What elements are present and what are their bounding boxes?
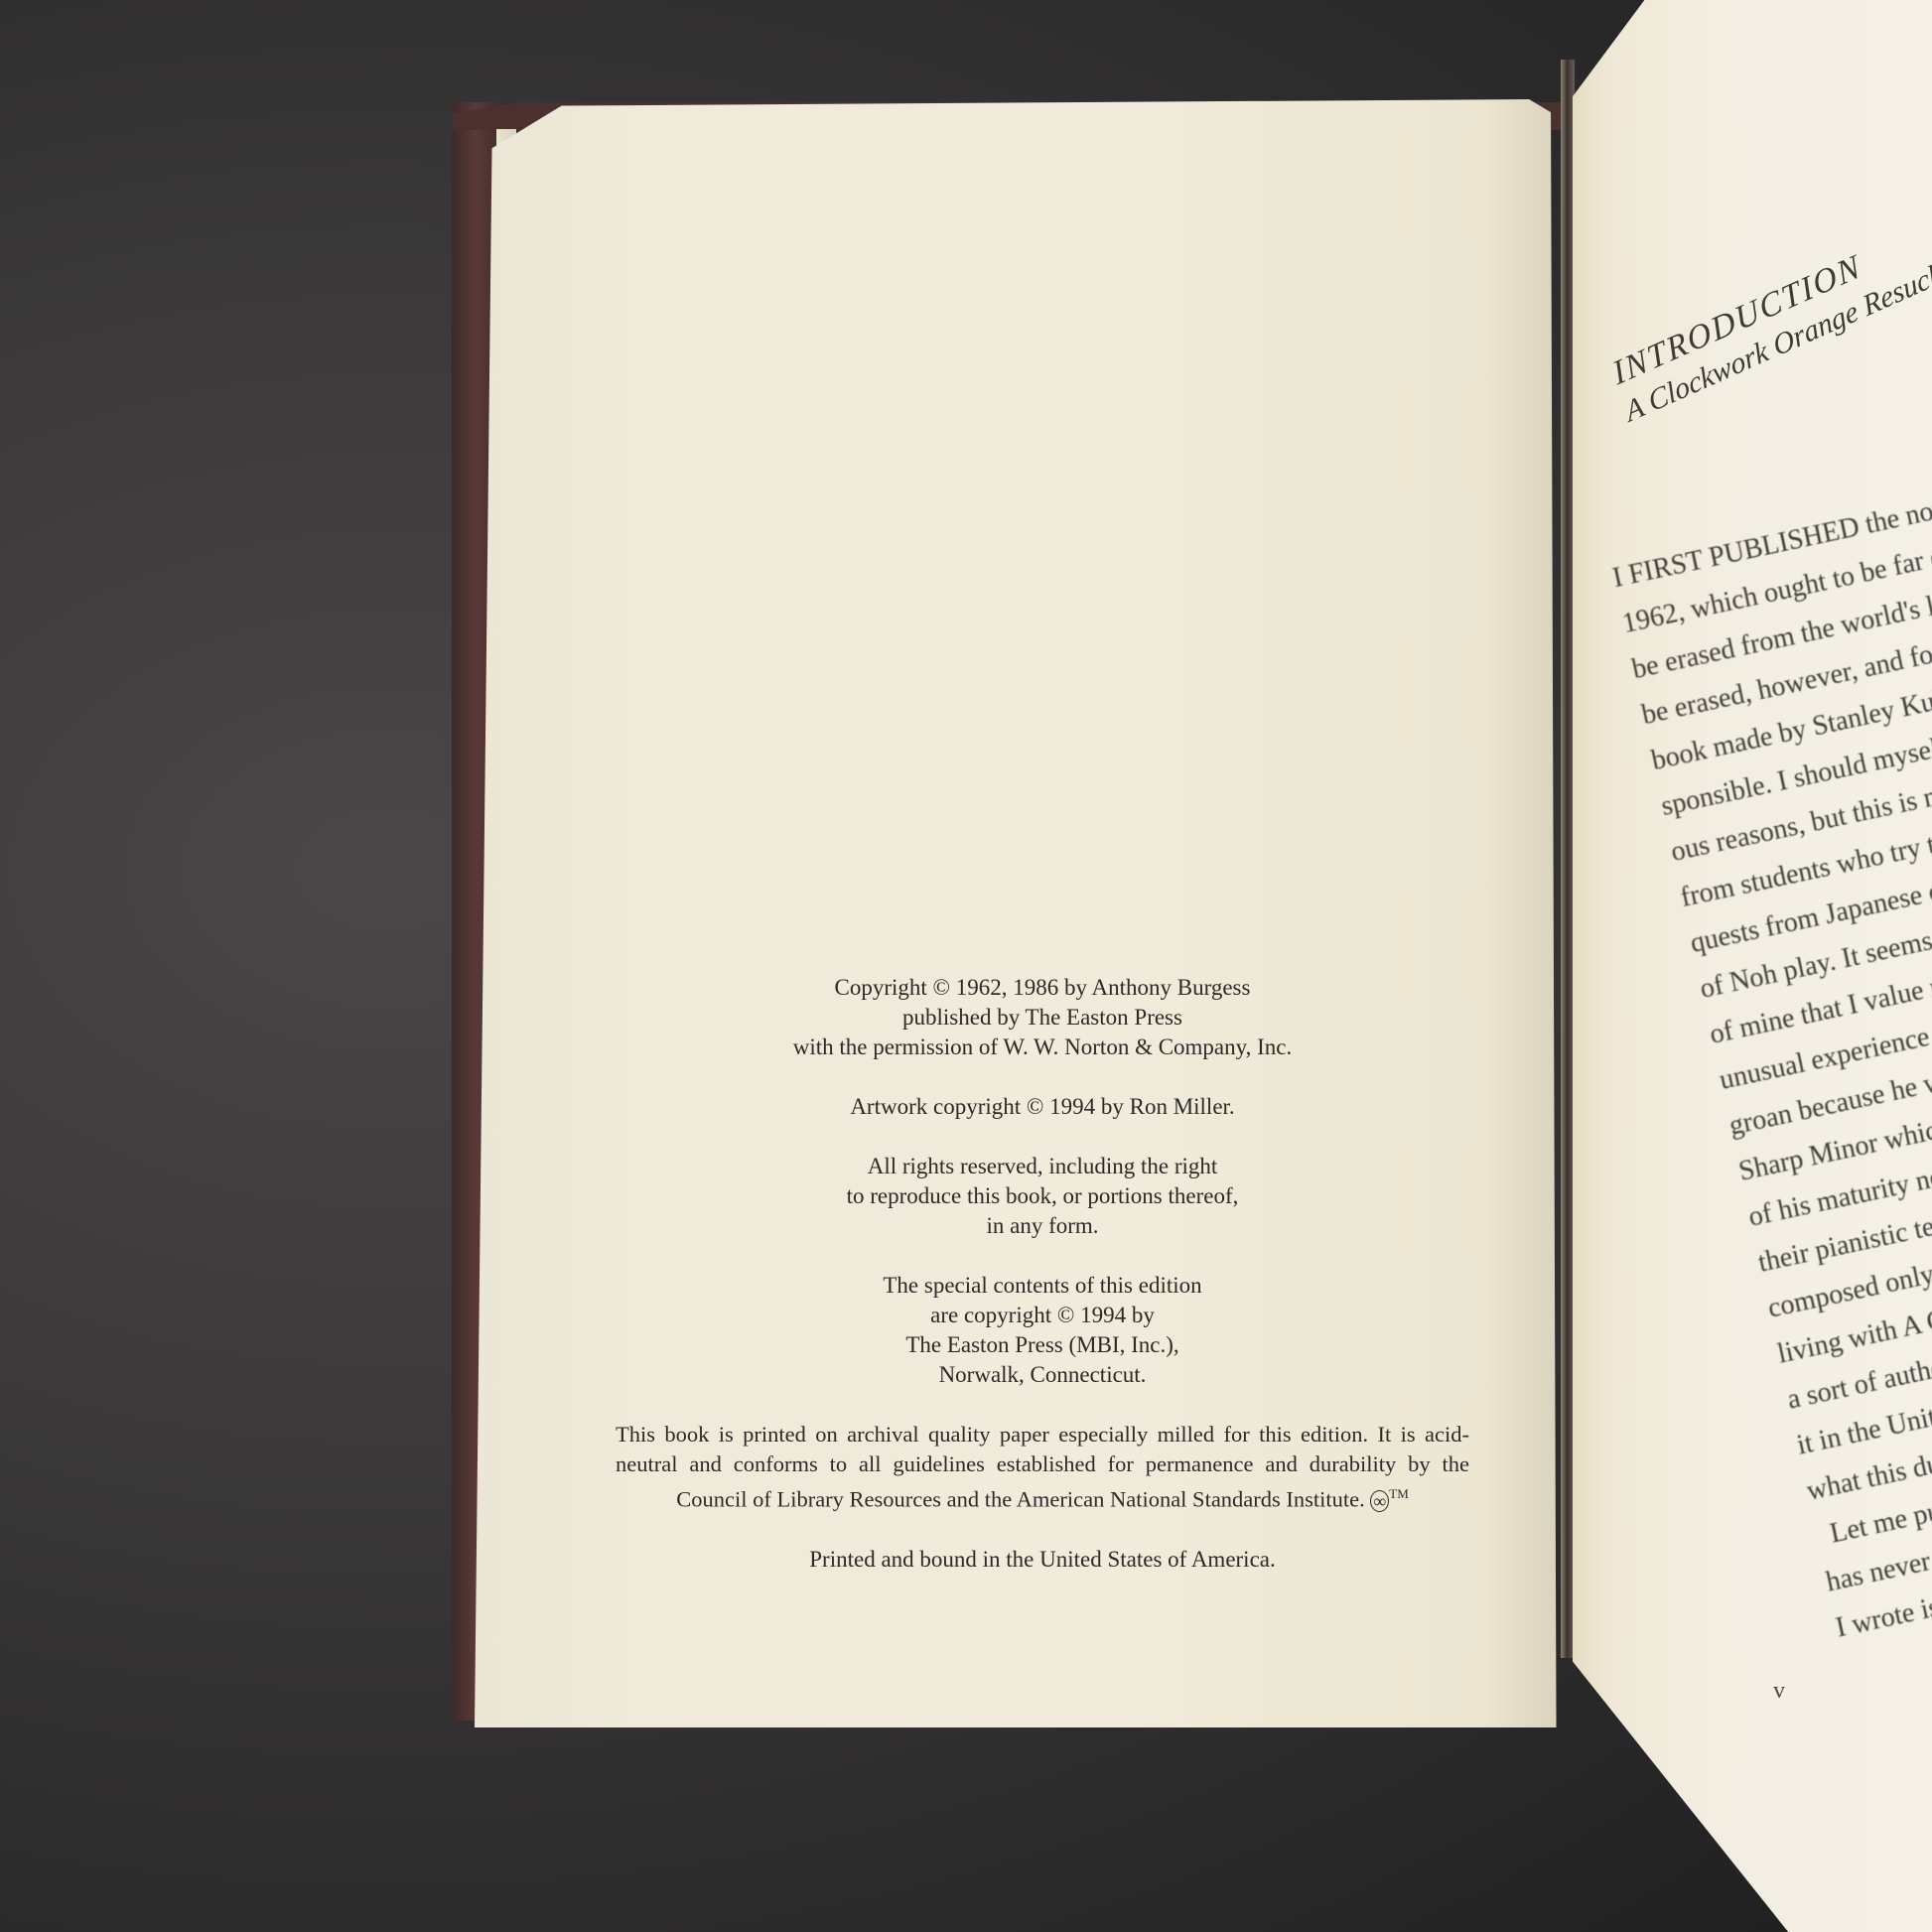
printed-line: Printed and bound in the United States o… (616, 1545, 1469, 1575)
paper-notice-paragraph: This book is printed on archival quality… (616, 1420, 1469, 1515)
copyright-line: Copyright © 1962, 1986 by Anthony Burges… (616, 973, 1469, 1003)
book-photo-scene: Copyright © 1962, 1986 by Anthony Burges… (0, 0, 1932, 1932)
copyright-notice: Copyright © 1962, 1986 by Anthony Burges… (616, 973, 1469, 1604)
special-contents-line: are copyright © 1994 by (616, 1301, 1469, 1330)
book-gutter (1561, 60, 1575, 1658)
rights-line: All rights reserved, including the right (616, 1152, 1469, 1181)
rights-line: to reproduce this book, or portions ther… (616, 1181, 1469, 1211)
rights-paragraph: All rights reserved, including the right… (616, 1152, 1469, 1241)
special-contents-line: Norwalk, Connecticut. (616, 1360, 1469, 1390)
rights-line: in any form. (616, 1211, 1469, 1241)
artwork-paragraph: Artwork copyright © 1994 by Ron Miller. (616, 1092, 1469, 1122)
infinity-paper-icon: ∞ (1370, 1490, 1389, 1512)
paper-notice-text: This book is printed on archival quality… (616, 1422, 1469, 1512)
artwork-line: Artwork copyright © 1994 by Ron Miller. (616, 1092, 1469, 1122)
special-contents-paragraph: The special contents of this edition are… (616, 1271, 1469, 1390)
printed-paragraph: Printed and bound in the United States o… (616, 1545, 1469, 1575)
trademark-mark: TM (1389, 1486, 1409, 1501)
special-contents-line: The special contents of this edition (616, 1271, 1469, 1301)
permission-line: with the permission of W. W. Norton & Co… (616, 1033, 1469, 1062)
copyright-paragraph: Copyright © 1962, 1986 by Anthony Burges… (616, 973, 1469, 1062)
special-contents-line: The Easton Press (MBI, Inc.), (616, 1330, 1469, 1360)
page-number: v (1773, 1678, 1785, 1705)
publisher-line: published by The Easton Press (616, 1003, 1469, 1033)
